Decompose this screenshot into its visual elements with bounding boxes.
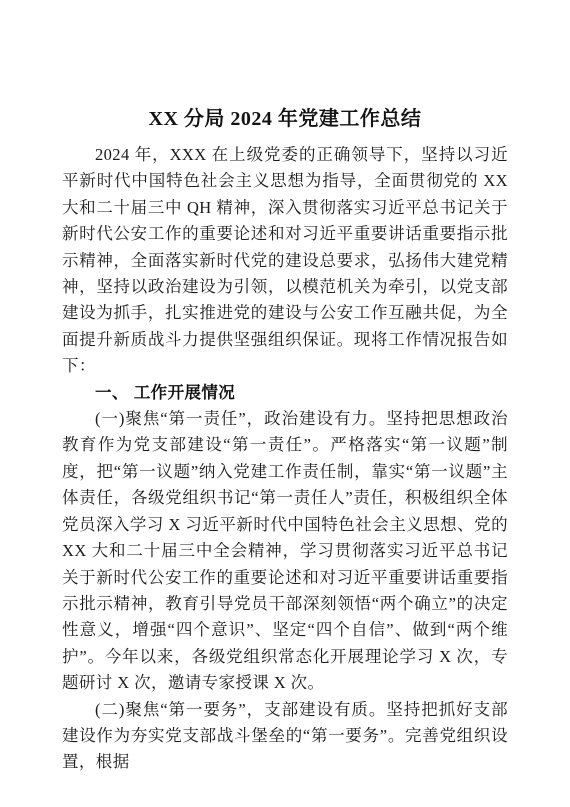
- paragraph-point-one: (一)聚焦“第一责任”，政治建设有力。坚持把思想政治教育作为党支部建设“第一责任…: [62, 406, 508, 696]
- document-body: 2024 年，XXX 在上级党委的正确领导下，坚持以习近平新时代中国特色社会主义…: [62, 142, 508, 776]
- intro-paragraph: 2024 年，XXX 在上级党委的正确领导下，坚持以习近平新时代中国特色社会主义…: [62, 142, 508, 380]
- paragraph-point-two: (二)聚焦“第一要务”，支部建设有质。坚持把抓好支部建设作为夯实党支部战斗堡垒的…: [62, 697, 508, 776]
- document-title: XX 分局 2024 年党建工作总结: [0, 0, 570, 132]
- section-one-heading: 一、 工作开展情况: [62, 380, 508, 406]
- document-page: XX 分局 2024 年党建工作总结 2024 年，XXX 在上级党委的正确领导…: [0, 0, 570, 807]
